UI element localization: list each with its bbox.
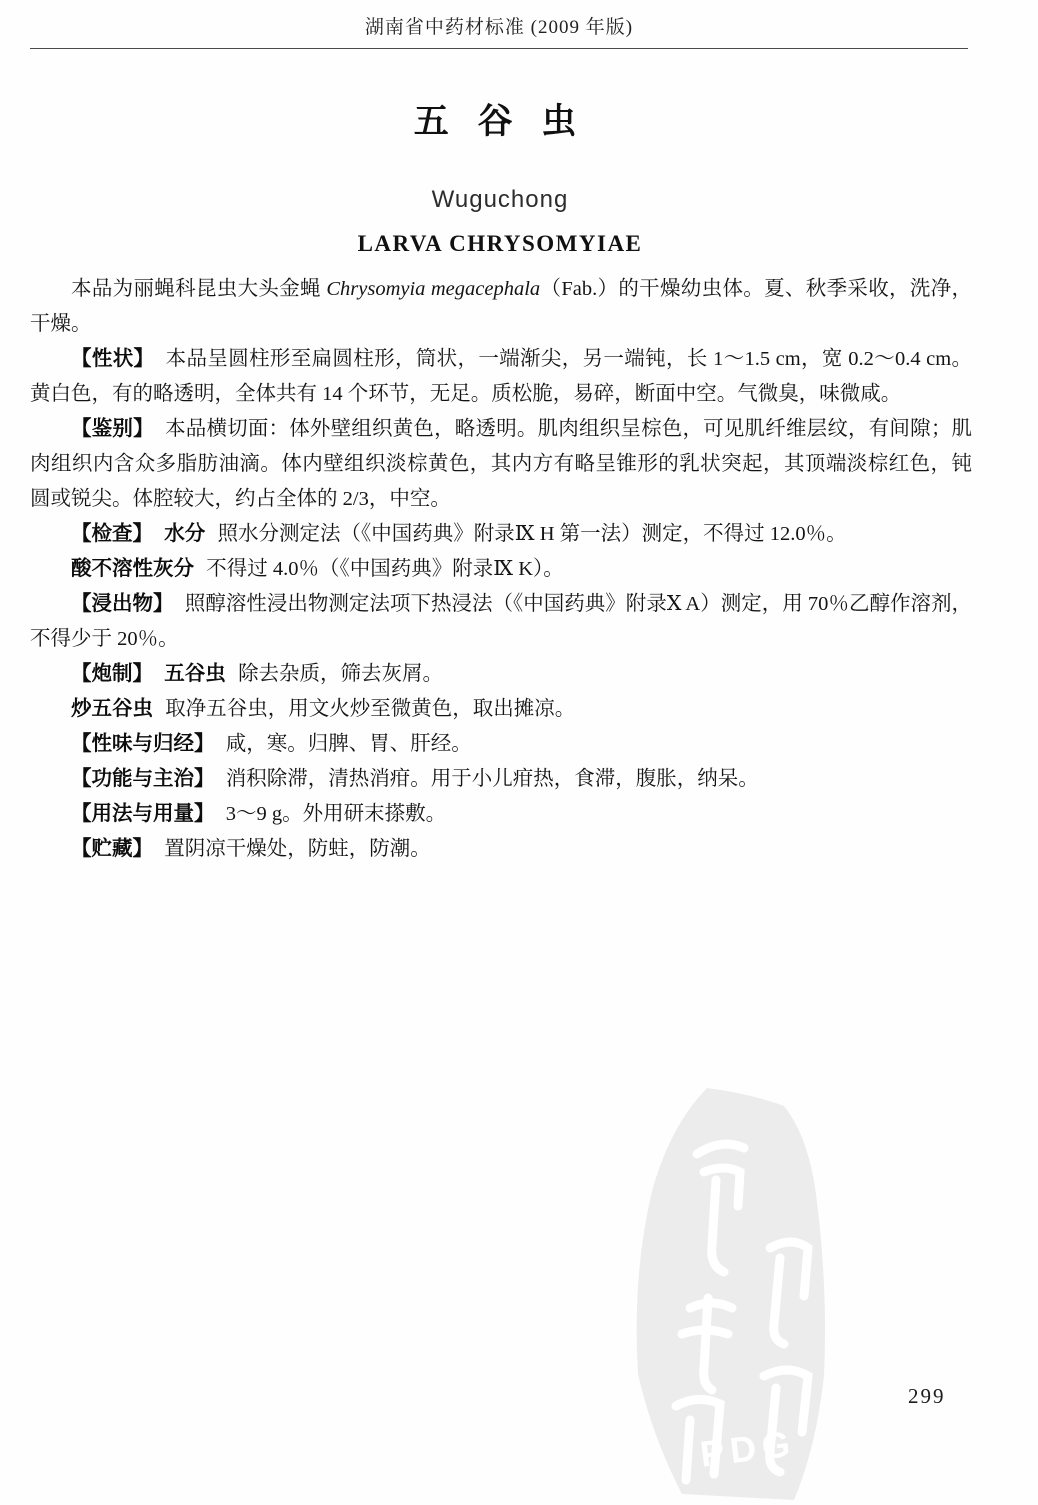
- watermark-seal: [612, 1076, 874, 1505]
- section-xingzhuang: 【性状】本品呈圆柱形至扁圆柱形，筒状，一端渐尖，另一端钝，长 1～1.5 cm，…: [30, 342, 972, 412]
- section-sublabel: 五谷虫: [164, 663, 226, 685]
- section-text: 消积除滞，清热消疳。用于小儿疳热，食滞，腹胀，纳呆。: [226, 768, 759, 790]
- document-page: 湖南省中药材标准 (2009 年版) 五 谷 虫 Wuguchong LARVA…: [0, 0, 1038, 1505]
- monograph-body: 本品为丽蝇科昆虫大头金蝇 Chrysomyia megacephala（Fab.…: [30, 258, 972, 867]
- section-label: 【性味与归经】: [71, 733, 215, 755]
- running-header: 湖南省中药材标准 (2009 年版): [30, 12, 968, 49]
- section-yongfa: 【用法与用量】3～9 g。外用研末搽敷。: [30, 797, 972, 832]
- intro-paragraph: 本品为丽蝇科昆虫大头金蝇 Chrysomyia megacephala（Fab.…: [30, 272, 972, 342]
- section-label: 【功能与主治】: [71, 768, 215, 790]
- section-sublabel: 酸不溶性灰分: [71, 558, 194, 580]
- section-xingwei: 【性味与归经】咸，寒。归脾、胃、肝经。: [30, 727, 972, 762]
- section-label: 【鉴别】: [71, 418, 154, 440]
- section-label: 【性状】: [71, 348, 154, 370]
- drug-title-chinese: 五 谷 虫: [30, 100, 970, 144]
- section-text: 取净五谷虫，用文火炒至微黄色，取出摊凉。: [165, 698, 575, 720]
- intro-text-before: 本品为丽蝇科昆虫大头金蝇: [71, 278, 326, 300]
- section-label: 【炮制】: [71, 663, 153, 685]
- drug-title-latin: LARVA CHRYSOMYIAE: [30, 230, 970, 258]
- section-label: 【用法与用量】: [71, 803, 215, 825]
- section-sublabel: 炒五谷虫: [71, 698, 153, 720]
- page-number: 299: [908, 1384, 946, 1409]
- section-text: 咸，寒。归脾、胃、肝经。: [226, 733, 472, 755]
- section-text: 照水分测定法（《中国药典》附录Ⅸ H 第一法）测定，不得过 12.0％。: [218, 523, 847, 545]
- species-latin-name: Chrysomyia megacephala: [326, 278, 540, 300]
- title-zone: 五 谷 虫 Wuguchong LARVA CHRYSOMYIAE: [30, 48, 970, 258]
- watermark-pdg-text: PDG: [698, 1422, 798, 1475]
- section-paozhi-chao: 炒五谷虫取净五谷虫，用文火炒至微黄色，取出摊凉。: [30, 692, 972, 727]
- section-text: 除去杂质，筛去灰屑。: [238, 663, 443, 685]
- section-label: 【浸出物】: [71, 593, 174, 615]
- section-paozhi: 【炮制】五谷虫除去杂质，筛去灰屑。: [30, 657, 972, 692]
- section-zhucang: 【贮藏】置阴凉干燥处，防蛀，防潮。: [30, 832, 972, 867]
- section-jianbie: 【鉴别】本品横切面：体外壁组织黄色，略透明。肌肉组织呈棕色，可见肌纤维层纹，有间…: [30, 412, 972, 517]
- section-text: 本品呈圆柱形至扁圆柱形，筒状，一端渐尖，另一端钝，长 1～1.5 cm，宽 0.…: [30, 348, 972, 405]
- section-sublabel: 水分: [164, 523, 205, 545]
- drug-title-pinyin: Wuguchong: [30, 186, 970, 214]
- section-label: 【检查】: [71, 523, 153, 545]
- section-gongneng: 【功能与主治】消积除滞，清热消疳。用于小儿疳热，食滞，腹胀，纳呆。: [30, 762, 972, 797]
- section-jiancha-ash: 酸不溶性灰分不得过 4.0％（《中国药典》附录Ⅸ K）。: [30, 552, 972, 587]
- section-jiancha-water: 【检查】水分照水分测定法（《中国药典》附录Ⅸ H 第一法）测定，不得过 12.0…: [30, 517, 972, 552]
- section-text: 本品横切面：体外壁组织黄色，略透明。肌肉组织呈棕色，可见肌纤维层纹，有间隙；肌肉…: [30, 418, 972, 510]
- section-label: 【贮藏】: [71, 838, 153, 860]
- section-text: 不得过 4.0％（《中国药典》附录Ⅸ K）。: [206, 558, 563, 580]
- section-text: 3～9 g。外用研末搽敷。: [226, 803, 446, 825]
- seal-stone-shape: [637, 1088, 825, 1500]
- section-text: 置阴凉干燥处，防蛀，防潮。: [164, 838, 431, 860]
- section-jinchuwu: 【浸出物】照醇溶性浸出物测定法项下热浸法（《中国药典》附录Ⅹ A）测定，用 70…: [30, 587, 972, 657]
